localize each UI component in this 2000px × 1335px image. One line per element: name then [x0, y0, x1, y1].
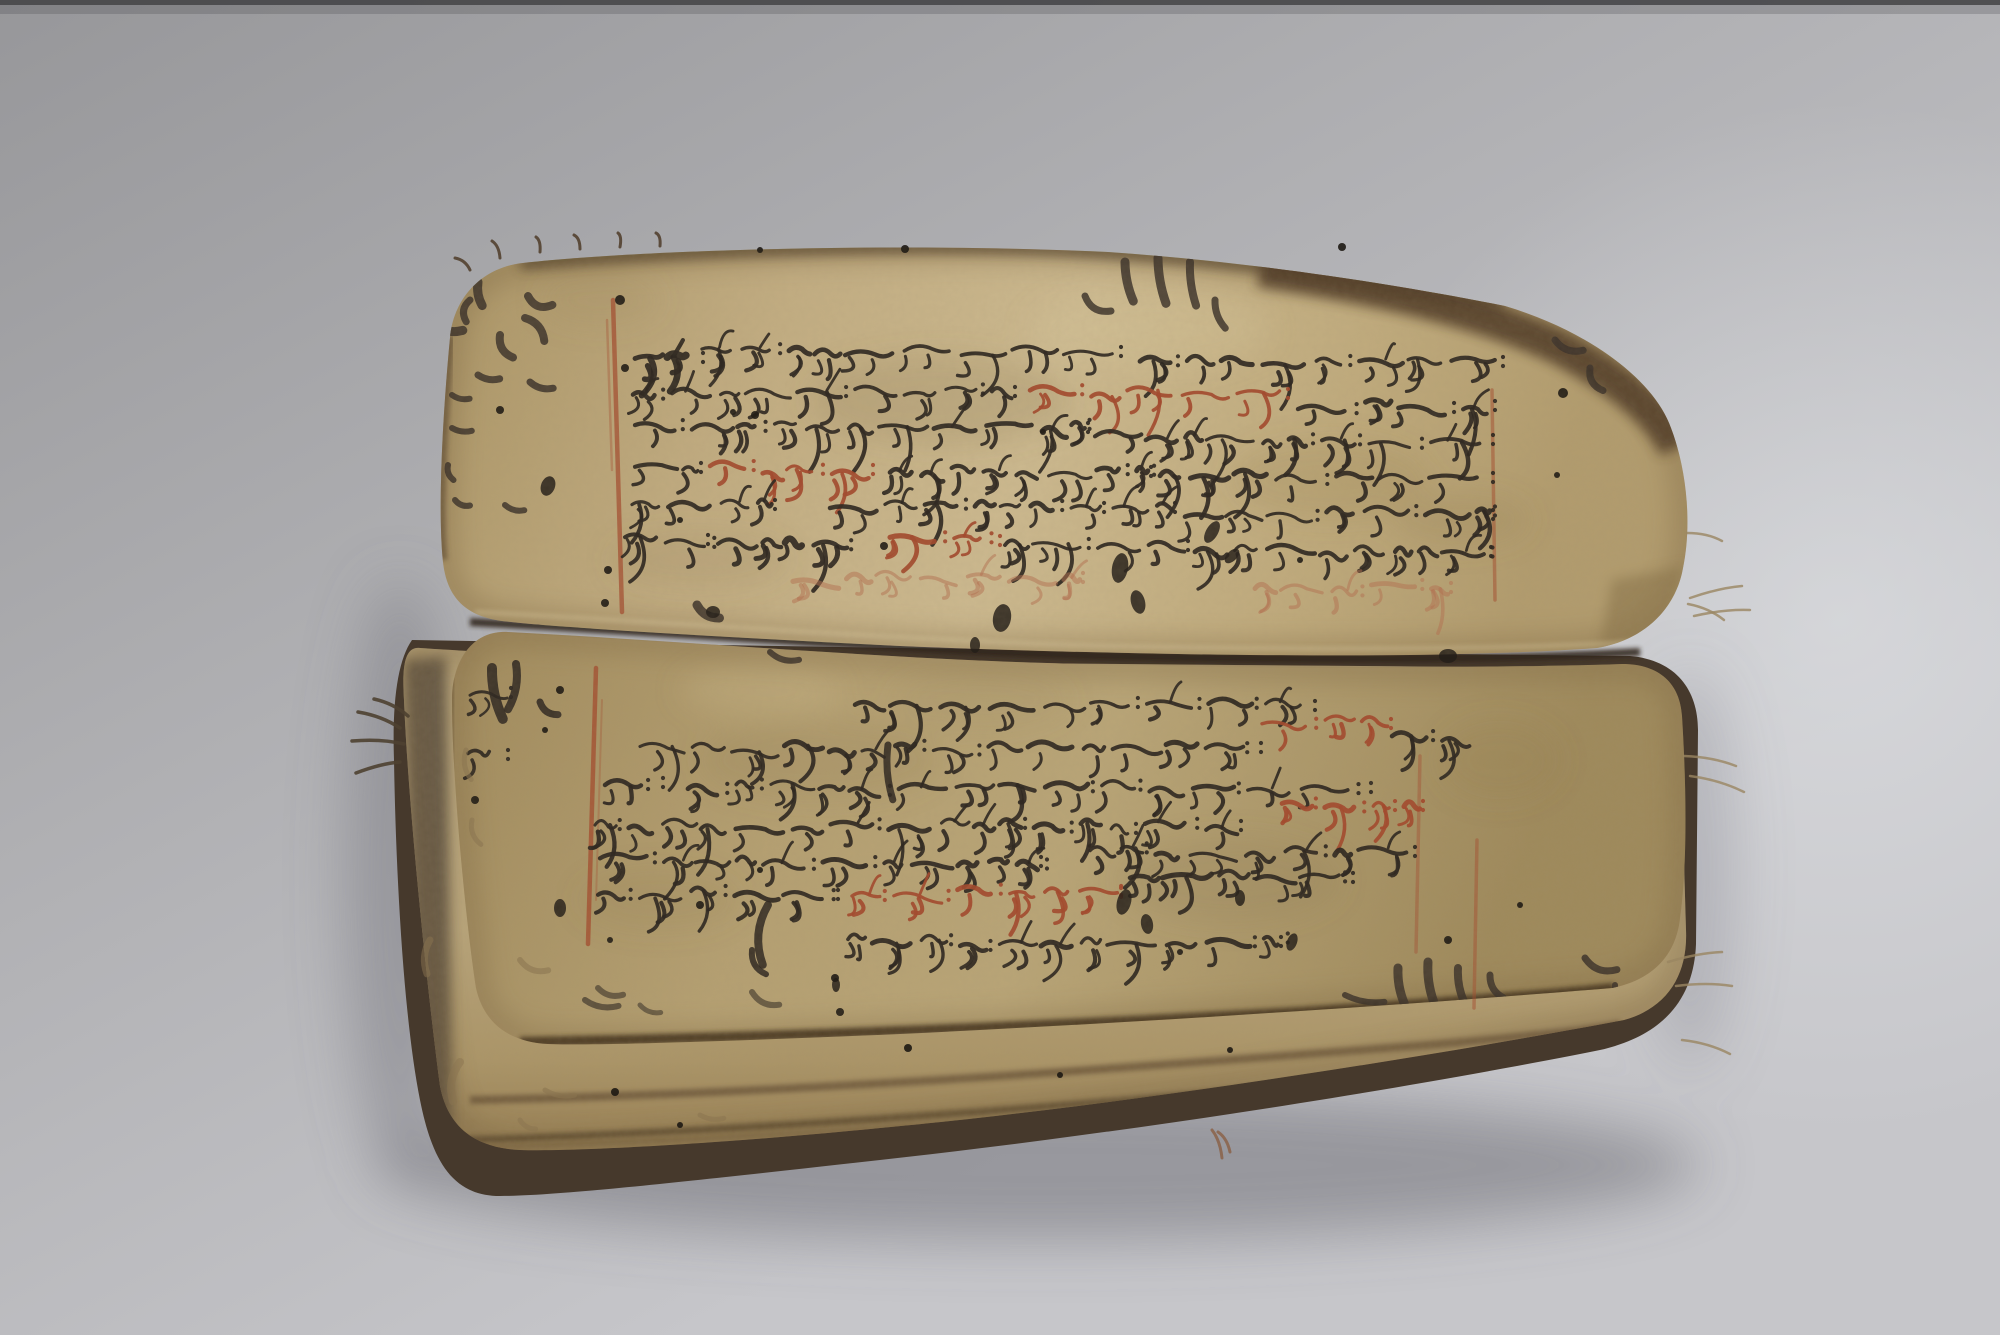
photo-stage: [0, 0, 2000, 1335]
manuscript-photograph: [0, 0, 2000, 1335]
lower-folio-grain: [452, 632, 1686, 1044]
photo-top-border: [0, 0, 2000, 5]
lower-folio: [445, 632, 1686, 1054]
upper-folio-grain: [441, 248, 1688, 656]
photo-top-border-fade: [0, 5, 2000, 14]
